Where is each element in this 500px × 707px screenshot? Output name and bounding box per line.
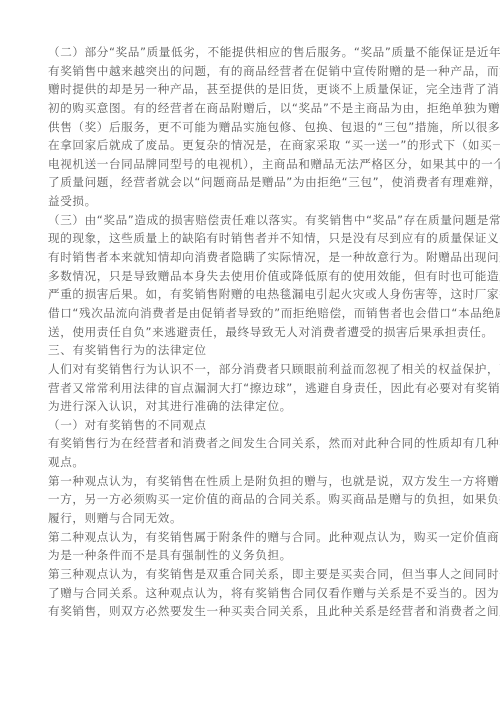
text-line-content: 一方，另一方必须购买一定价值的商品的合同关系。购买商品是赠与的负担，如果负担未能 xyxy=(48,490,454,509)
text-line: 初的购买意图。有的经营者在商品附赠后，以“奖品”不是主商品为由，拒绝单独为赠品提 xyxy=(48,99,454,118)
text-line-content: 送，使用责任自负”来逃避责任，最终导致无人对消费者遭受的损害后果承担责任。 xyxy=(48,323,454,342)
text-line-content: 有奖销售中越来越突出的问题，有的商品经营者在促销中宣传附赠的是一种产品，而实际附 xyxy=(48,62,454,81)
text-line-content: 有奖销售行为在经营者和消费者之间发生合同关系，然而对此种合同的性质却有几种不同的 xyxy=(48,434,454,453)
text-line-content: 借口“残次品流向消费者是由促销者导致的”而拒绝赔偿，而销售者也会借口“本品绝属赠 xyxy=(48,304,454,323)
text-line-content: （三）由“奖品”造成的损害赔偿责任难以落实。有奖销售中“奖品”存在质量问题是常出 xyxy=(48,211,454,230)
text-line-content: 第二种观点认为，有奖销售属于附条件的赠与合同。此种观点认为，购买一定价值商品的行 xyxy=(48,528,454,547)
text-line: 借口“残次品流向消费者是由促销者导致的”而拒绝赔偿，而销售者也会借口“本品绝属赠 xyxy=(48,304,454,323)
text-line: 送，使用责任自负”来逃避责任，最终导致无人对消费者遭受的损害后果承担责任。 xyxy=(48,323,454,342)
text-line: 了赠与合同关系。这种观点认为，将有奖销售合同仅看作赠与关系是不妥当的。因为既然是 xyxy=(48,584,454,603)
text-line: 三、有奖销售行为的法律定位 xyxy=(48,341,454,360)
text-line: 一方，另一方必须购买一定价值的商品的合同关系。购买商品是赠与的负担，如果负担未能 xyxy=(48,490,454,509)
text-line-content: 电视机送一台同品牌同型号的电视机），主商品和赠品无法严格区分，如果其中的一个出现 xyxy=(48,155,454,174)
text-line: 严重的损害后果。如，有奖销售附赠的电热毯漏电引起火灾或人身伤害等，这时厂家往往会 xyxy=(48,285,454,304)
text-line-content: 了质量问题，经营者就会以“问题商品是赠品”为由拒绝“三包”，使消费者有理难辩，权 xyxy=(48,173,454,192)
text-line: 履行，则赠与合同无效。 xyxy=(48,509,454,528)
document-page: （二）部分“奖品”质量低劣，不能提供相应的售后服务。“奖品”质量不能保证是近年来… xyxy=(48,43,454,621)
text-line-content: 观点。 xyxy=(48,453,454,472)
text-line: 在拿回家后就成了废品。更复杂的情况是，在商家采取 “买一送一”的形式下（如买一台 xyxy=(48,136,454,155)
text-line: 营者又常常利用法律的盲点漏洞大打“擦边球”，逃避自身责任，因此有必要对有奖销售行 xyxy=(48,379,454,398)
text-line: 第三种观点认为，有奖销售是双重合同关系，即主要是买卖合同，但当事人之间同时也发生 xyxy=(48,565,454,584)
text-line-content: （二）部分“奖品”质量低劣，不能提供相应的售后服务。“奖品”质量不能保证是近年来 xyxy=(48,43,454,62)
text-line-content: 赠时提供的却是另一种产品，甚至提供的是旧货，更谈不上质量保证，完全违背了消费者当 xyxy=(48,80,454,99)
text-line-content: 营者又常常利用法律的盲点漏洞大打“擦边球”，逃避自身责任，因此有必要对有奖销售行 xyxy=(48,379,454,398)
text-line-content: 益受损。 xyxy=(48,192,454,211)
text-line-content: 为是一种条件而不是具有强制性的义务负担。 xyxy=(48,546,454,565)
text-line: 观点。 xyxy=(48,453,454,472)
text-line-content: 三、有奖销售行为的法律定位 xyxy=(48,341,454,360)
document-body: （二）部分“奖品”质量低劣，不能提供相应的售后服务。“奖品”质量不能保证是近年来… xyxy=(48,43,454,621)
text-line: 第二种观点认为，有奖销售属于附条件的赠与合同。此种观点认为，购买一定价值商品的行 xyxy=(48,528,454,547)
text-line: 有时销售者本来就知情却向消费者隐瞒了实际情况，是一种故意行为。附赠品出现问题在大 xyxy=(48,248,454,267)
text-line-content: 供售（奖）后服务，更不可能为赠品实施包修、包换、包退的“三包”措施，所以很多赠品 xyxy=(48,118,454,137)
text-line: 有奖销售，则双方必然要发生一种买卖合同关系，且此种关系是经营者和消费者之间所发生 xyxy=(48,602,454,621)
text-line: 赠时提供的却是另一种产品，甚至提供的是旧货，更谈不上质量保证，完全违背了消费者当 xyxy=(48,80,454,99)
text-line-content: 严重的损害后果。如，有奖销售附赠的电热毯漏电引起火灾或人身伤害等，这时厂家往往会 xyxy=(48,285,454,304)
text-line: （一）对有奖销售的不同观点 xyxy=(48,416,454,435)
text-line-content: 多数情况，只是导致赠品本身失去使用价值或降低原有的使用效能，但有时也可能造成极其 xyxy=(48,267,454,286)
text-line: 为是一种条件而不是具有强制性的义务负担。 xyxy=(48,546,454,565)
text-line-content: 人们对有奖销售行为认识不一，部分消费者只顾眼前利益而忽视了相关的权益保护，商品经 xyxy=(48,360,454,379)
text-line-content: 有奖销售，则双方必然要发生一种买卖合同关系，且此种关系是经营者和消费者之间所发生 xyxy=(48,602,454,621)
text-line: 第一种观点认为，有奖销售在性质上是附负担的赠与，也就是说，双方发生一方将赠品给另 xyxy=(48,472,454,491)
text-line: 供售（奖）后服务，更不可能为赠品实施包修、包换、包退的“三包”措施，所以很多赠品 xyxy=(48,118,454,137)
text-line: 有奖销售中越来越突出的问题，有的商品经营者在促销中宣传附赠的是一种产品，而实际附 xyxy=(48,62,454,81)
text-line: 现的现象，这些质量上的缺陷有时销售者并不知情，只是没有尽到应有的质量保证义务，而 xyxy=(48,229,454,248)
text-line: 电视机送一台同品牌同型号的电视机），主商品和赠品无法严格区分，如果其中的一个出现 xyxy=(48,155,454,174)
text-line: （三）由“奖品”造成的损害赔偿责任难以落实。有奖销售中“奖品”存在质量问题是常出 xyxy=(48,211,454,230)
text-line-content: 了赠与合同关系。这种观点认为，将有奖销售合同仅看作赠与关系是不妥当的。因为既然是 xyxy=(48,584,454,603)
text-line-content: 第一种观点认为，有奖销售在性质上是附负担的赠与，也就是说，双方发生一方将赠品给另 xyxy=(48,472,454,491)
text-line: 有奖销售行为在经营者和消费者之间发生合同关系，然而对此种合同的性质却有几种不同的 xyxy=(48,434,454,453)
text-line-content: 履行，则赠与合同无效。 xyxy=(48,509,454,528)
text-line: 多数情况，只是导致赠品本身失去使用价值或降低原有的使用效能，但有时也可能造成极其 xyxy=(48,267,454,286)
text-line: 益受损。 xyxy=(48,192,454,211)
text-line-content: 在拿回家后就成了废品。更复杂的情况是，在商家采取 “买一送一”的形式下（如买一台 xyxy=(48,136,454,155)
text-line: （二）部分“奖品”质量低劣，不能提供相应的售后服务。“奖品”质量不能保证是近年来 xyxy=(48,43,454,62)
text-line-content: 现的现象，这些质量上的缺陷有时销售者并不知情，只是没有尽到应有的质量保证义务，而 xyxy=(48,229,454,248)
text-line: 为进行深入认识，对其进行准确的法律定位。 xyxy=(48,397,454,416)
text-line-content: 初的购买意图。有的经营者在商品附赠后，以“奖品”不是主商品为由，拒绝单独为赠品提 xyxy=(48,99,454,118)
text-line: 了质量问题，经营者就会以“问题商品是赠品”为由拒绝“三包”，使消费者有理难辩，权 xyxy=(48,173,454,192)
text-line: 人们对有奖销售行为认识不一，部分消费者只顾眼前利益而忽视了相关的权益保护，商品经 xyxy=(48,360,454,379)
text-line-content: 有时销售者本来就知情却向消费者隐瞒了实际情况，是一种故意行为。附赠品出现问题在大 xyxy=(48,248,454,267)
text-line-content: 为进行深入认识，对其进行准确的法律定位。 xyxy=(48,397,454,416)
text-line-content: 第三种观点认为，有奖销售是双重合同关系，即主要是买卖合同，但当事人之间同时也发生 xyxy=(48,565,454,584)
text-line-content: （一）对有奖销售的不同观点 xyxy=(48,416,454,435)
